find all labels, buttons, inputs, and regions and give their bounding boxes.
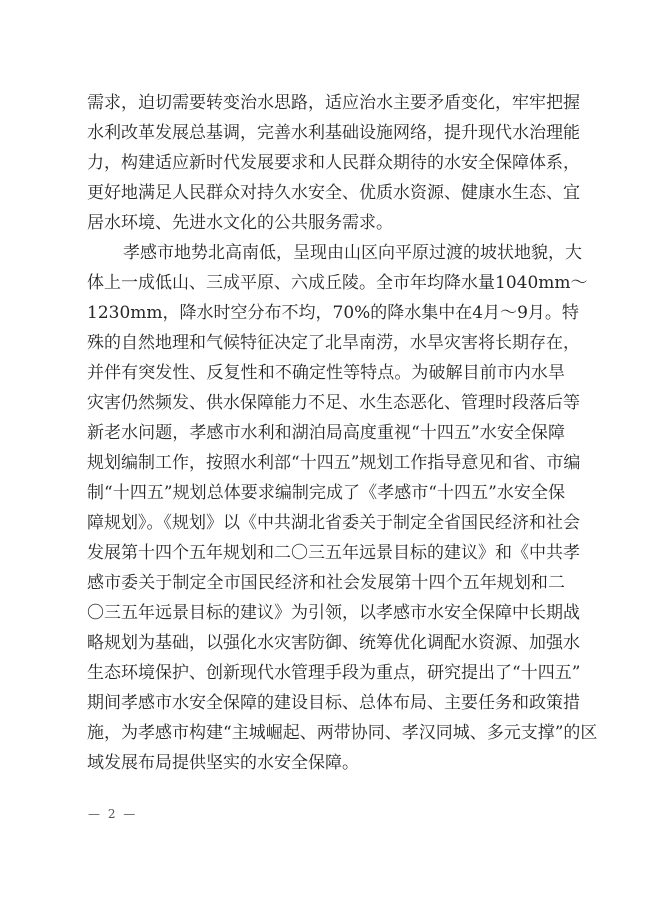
text-line: 〇三五年远景目标的建议》为引领，以孝感市水安全保障中长期战 bbox=[87, 598, 565, 628]
text-line: 感市委关于制定全市国民经济和社会发展第十四个五年规划和二 bbox=[87, 568, 565, 598]
text-line: 需求，迫切需要转变治水思路，适应治水主要矛盾变化，牢牢把握 bbox=[87, 88, 565, 118]
text-line: 施，为孝感市构建“主城崛起、两带协同、孝汉同城、多元支撑”的区 bbox=[87, 718, 565, 748]
text-line: 生态环境保护、创新现代水管理手段为重点，研究提出了“十四五” bbox=[87, 658, 565, 688]
text-line: 略规划为基础，以强化水灾害防御、统筹优化调配水资源、加强水 bbox=[87, 628, 565, 658]
text-line: 1230mm，降水时空分布不均，70%的降水集中在4月～9月。特 bbox=[87, 298, 565, 328]
text-line: 更好地满足人民群众对持久水安全、优质水资源、健康水生态、宜 bbox=[87, 178, 565, 208]
document-page: 需求，迫切需要转变治水思路，适应治水主要矛盾变化，牢牢把握 水利改革发展总基调，… bbox=[0, 0, 650, 919]
page-number: — 2 — bbox=[88, 805, 137, 823]
text-line: 殊的自然地理和气候特征决定了北旱南涝，水旱灾害将长期存在， bbox=[87, 328, 565, 358]
text-line: 障规划》。《规划》以《中共湖北省委关于制定全省国民经济和社会 bbox=[87, 508, 565, 538]
text-line: 孝感市地势北高南低，呈现由山区向平原过渡的坡状地貌，大 bbox=[87, 238, 565, 268]
text-line: 规划编制工作，按照水利部“十四五”规划工作指导意见和省、市编 bbox=[87, 448, 565, 478]
text-line: 体上一成低山、三成平原、六成丘陵。全市年均降水量1040mm～ bbox=[87, 268, 565, 298]
text-line: 灾害仍然频发、供水保障能力不足、水生态恶化、管理时段落后等 bbox=[87, 388, 565, 418]
text-line: 域发展布局提供坚实的水安全保障。 bbox=[87, 748, 565, 778]
text-line: 发展第十四个五年规划和二〇三五年远景目标的建议》和《中共孝 bbox=[87, 538, 565, 568]
text-line: 新老水问题，孝感市水利和湖泊局高度重视“十四五”水安全保障 bbox=[87, 418, 565, 448]
text-line: 制“十四五”规划总体要求编制完成了《孝感市“十四五”水安全保 bbox=[87, 478, 565, 508]
text-line: 力，构建适应新时代发展要求和人民群众期待的水安全保障体系， bbox=[87, 148, 565, 178]
text-line: 水利改革发展总基调，完善水利基础设施网络，提升现代水治理能 bbox=[87, 118, 565, 148]
text-line: 并伴有突发性、反复性和不确定性等特点。为破解目前市内水旱 bbox=[87, 358, 565, 388]
body-text: 需求，迫切需要转变治水思路，适应治水主要矛盾变化，牢牢把握 水利改革发展总基调，… bbox=[87, 88, 565, 778]
text-line: 期间孝感市水安全保障的建设目标、总体布局、主要任务和政策措 bbox=[87, 688, 565, 718]
text-line: 居水环境、先进水文化的公共服务需求。 bbox=[87, 208, 565, 238]
